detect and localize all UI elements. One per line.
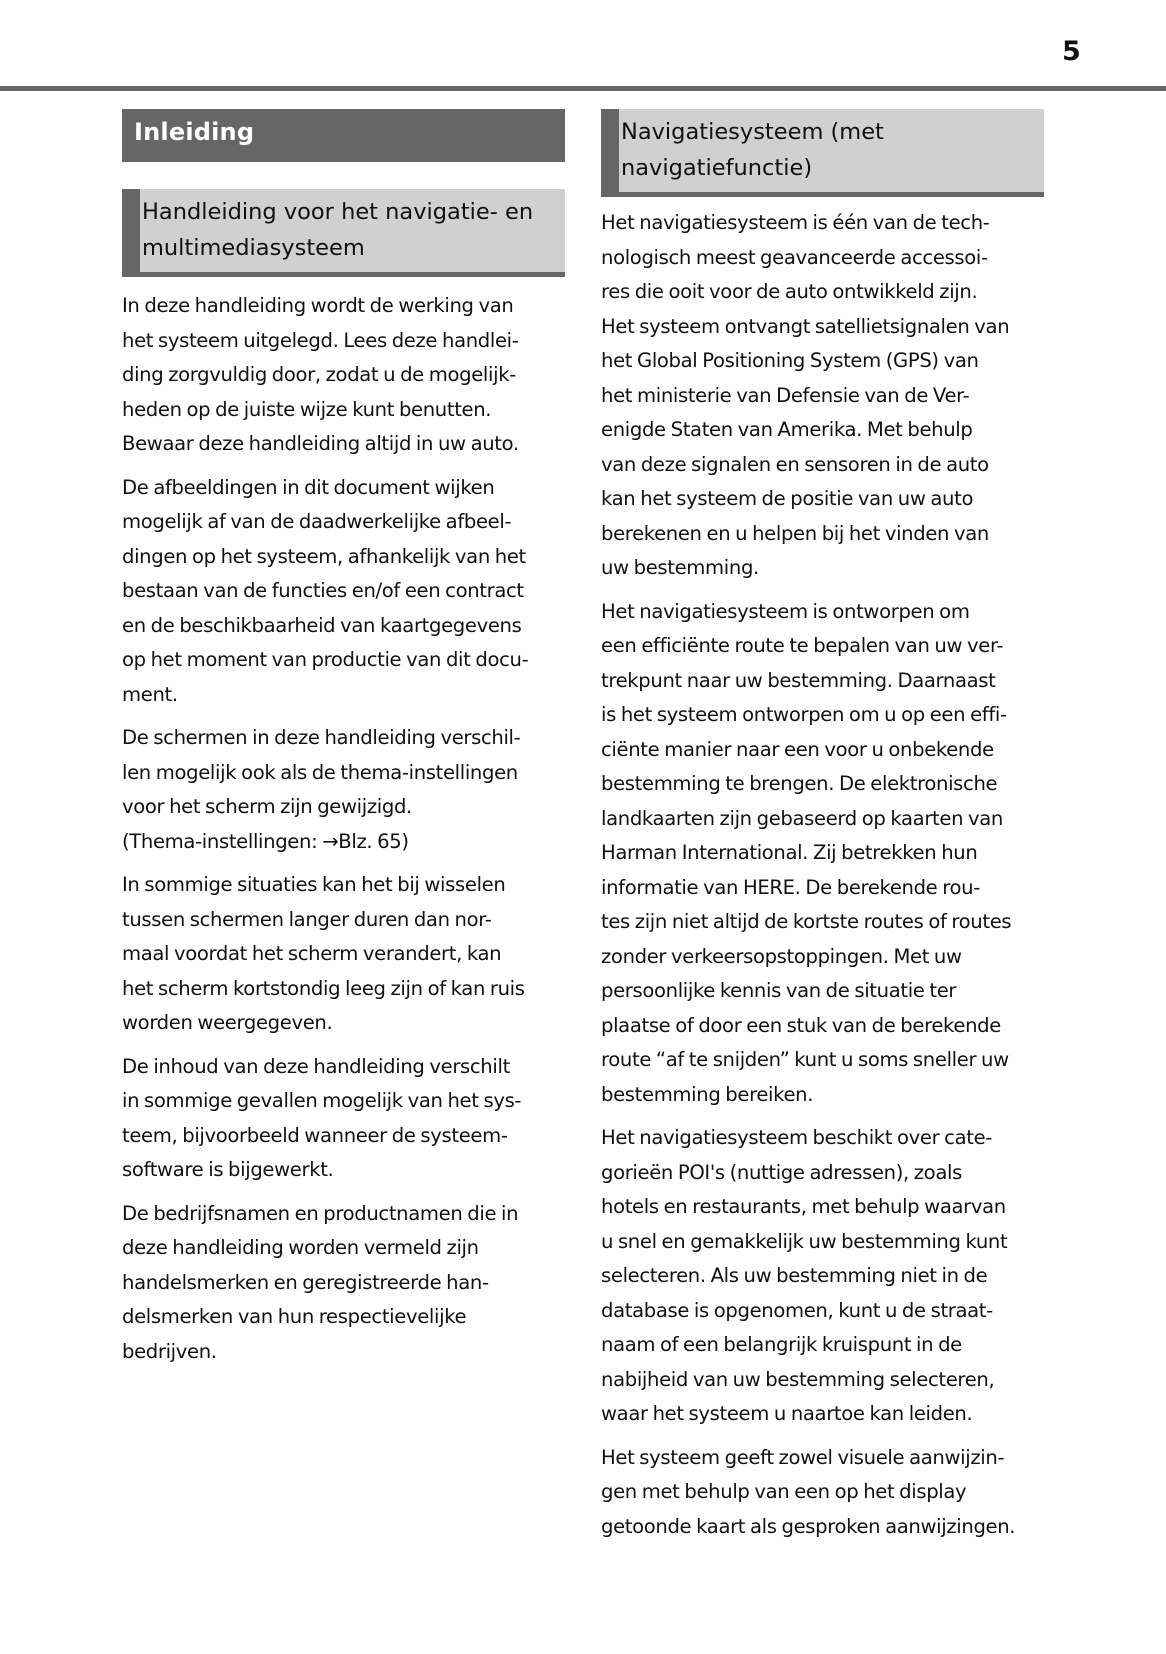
text-line: ment. bbox=[122, 678, 565, 713]
text-line: in sommige gevallen mogelijk van het sys… bbox=[122, 1084, 565, 1119]
text-line: database is opgenomen, kunt u de straat- bbox=[601, 1294, 1044, 1329]
text-line: nologisch meest geavanceerde accessoi- bbox=[601, 241, 1044, 276]
text-line: ding zorgvuldig door, zodat u de mogelij… bbox=[122, 358, 565, 393]
page-number: 5 bbox=[1062, 36, 1102, 67]
text-line: zonder verkeersopstoppingen. Met uw bbox=[601, 940, 1044, 975]
subheading-line: multimediasysteem bbox=[142, 230, 557, 266]
text-line: landkaarten zijn gebaseerd op kaarten va… bbox=[601, 802, 1044, 837]
text-line: De bedrijfsnamen en productnamen die in bbox=[122, 1197, 565, 1232]
text-line: op het moment van productie van dit docu… bbox=[122, 643, 565, 678]
text-line: het Global Positioning System (GPS) van bbox=[601, 344, 1044, 379]
text-line: uw bestemming. bbox=[601, 551, 1044, 586]
text-line: res die ooit voor de auto ontwikkeld zij… bbox=[601, 275, 1044, 310]
text-line: Het navigatiesysteem is één van de tech- bbox=[601, 206, 1044, 241]
text-line: handelsmerken en geregistreerde han- bbox=[122, 1266, 565, 1301]
text-line: Het systeem ontvangt satellietsignalen v… bbox=[601, 310, 1044, 345]
text-line: Bewaar deze handleiding altijd in uw aut… bbox=[122, 427, 565, 462]
text-line: nabijheid van uw bestemming selecteren, bbox=[601, 1363, 1044, 1398]
text-line: Het navigatiesysteem beschikt over cate- bbox=[601, 1121, 1044, 1156]
text-line: hotels en restaurants, met behulp waarva… bbox=[601, 1190, 1044, 1225]
paragraph-aanwijzingen: Het systeem geeft zowel visuele aanwijzi… bbox=[601, 1441, 1044, 1545]
text-line: is het systeem ontworpen om u op een eff… bbox=[601, 698, 1044, 733]
text-line: bestemming te brengen. De elektronische bbox=[601, 767, 1044, 802]
text-line: dingen op het systeem, afhankelijk van h… bbox=[122, 540, 565, 575]
text-line: De inhoud van deze handleiding verschilt bbox=[122, 1050, 565, 1085]
paragraph-afbeeldingen: De afbeeldingen in dit document wijken m… bbox=[122, 471, 565, 713]
text-line: gorieën POI's (nuttige adressen), zoals bbox=[601, 1156, 1044, 1191]
text-line: tussen schermen langer duren dan nor- bbox=[122, 903, 565, 938]
text-line: Harman International. Zij betrekken hun bbox=[601, 836, 1044, 871]
text-line: en de beschikbaarheid van kaartgegevens bbox=[122, 609, 565, 644]
paragraph-schermen: De schermen in deze handleiding verschil… bbox=[122, 721, 565, 859]
text-line: bestemming bereiken. bbox=[601, 1078, 1044, 1113]
header-rule bbox=[0, 86, 1166, 91]
subheading-navigatiesysteem: Navigatiesysteem (met navigatiefunctie) bbox=[601, 109, 1044, 197]
text-line: De schermen in deze handleiding verschil… bbox=[122, 721, 565, 756]
text-line: maal voordat het scherm verandert, kan bbox=[122, 937, 565, 972]
right-column: Navigatiesysteem (met navigatiefunctie) … bbox=[601, 109, 1044, 1553]
text-line: deze handleiding worden vermeld zijn bbox=[122, 1231, 565, 1266]
text-line: bestaan van de functies en/of een contra… bbox=[122, 574, 565, 609]
paragraph-situaties: In sommige situaties kan het bij wissele… bbox=[122, 868, 565, 1041]
text-line: waar het systeem u naartoe kan leiden. bbox=[601, 1397, 1044, 1432]
text-line: een efficiënte route te bepalen van uw v… bbox=[601, 629, 1044, 664]
text-line: het ministerie van Defensie van de Ver- bbox=[601, 379, 1044, 414]
text-line: bedrijven. bbox=[122, 1335, 565, 1370]
text-line: berekenen en u helpen bij het vinden van bbox=[601, 517, 1044, 552]
page-reference-link[interactable]: (Thema-instellingen: →Blz. 65) bbox=[122, 825, 565, 860]
subheading-line: navigatiefunctie) bbox=[621, 150, 1036, 186]
text-line: getoonde kaart als gesproken aanwijzinge… bbox=[601, 1510, 1044, 1545]
text-line: gen met behulp van een op het display bbox=[601, 1475, 1044, 1510]
text-line: enigde Staten van Amerika. Met behulp bbox=[601, 413, 1044, 448]
text-line: van deze signalen en sensoren in de auto bbox=[601, 448, 1044, 483]
text-line: In sommige situaties kan het bij wissele… bbox=[122, 868, 565, 903]
text-line: software is bijgewerkt. bbox=[122, 1153, 565, 1188]
text-line: naam of een belangrijk kruispunt in de bbox=[601, 1328, 1044, 1363]
text-line: voor het scherm zijn gewijzigd. bbox=[122, 790, 565, 825]
text-line: informatie van HERE. De berekende rou- bbox=[601, 871, 1044, 906]
text-line: Het navigatiesysteem is ontworpen om bbox=[601, 595, 1044, 630]
left-column: Inleiding Handleiding voor het navigatie… bbox=[122, 109, 565, 1378]
text-line: het scherm kortstondig leeg zijn of kan … bbox=[122, 972, 565, 1007]
text-line: route “af te snijden” kunt u soms snelle… bbox=[601, 1043, 1044, 1078]
paragraph-handelsmerken: De bedrijfsnamen en productnamen die in … bbox=[122, 1197, 565, 1370]
text-line: Het systeem geeft zowel visuele aanwijzi… bbox=[601, 1441, 1044, 1476]
text-line: persoonlijke kennis van de situatie ter bbox=[601, 974, 1044, 1009]
subheading-handleiding: Handleiding voor het navigatie- en multi… bbox=[122, 189, 565, 277]
text-line: worden weergegeven. bbox=[122, 1006, 565, 1041]
text-line: delsmerken van hun respectievelijke bbox=[122, 1300, 565, 1335]
text-line: selecteren. Als uw bestemming niet in de bbox=[601, 1259, 1044, 1294]
text-line: kan het systeem de positie van uw auto bbox=[601, 482, 1044, 517]
text-line: len mogelijk ook als de thema-instelling… bbox=[122, 756, 565, 791]
left-paragraphs: In deze handleiding wordt de werking van… bbox=[122, 289, 565, 1369]
paragraph-intro: In deze handleiding wordt de werking van… bbox=[122, 289, 565, 462]
text-line: heden op de juiste wijze kunt benutten. bbox=[122, 393, 565, 428]
text-line: De afbeeldingen in dit document wijken bbox=[122, 471, 565, 506]
paragraph-route: Het navigatiesysteem is ontworpen om een… bbox=[601, 595, 1044, 1113]
text-line: mogelijk af van de daadwerkelijke afbeel… bbox=[122, 505, 565, 540]
paragraph-poi: Het navigatiesysteem beschikt over cate-… bbox=[601, 1121, 1044, 1432]
paragraph-inhoud: De inhoud van deze handleiding verschilt… bbox=[122, 1050, 565, 1188]
subheading-line: Navigatiesysteem (met bbox=[621, 114, 1036, 150]
right-paragraphs: Het navigatiesysteem is één van de tech-… bbox=[601, 206, 1044, 1544]
paragraph-gps: Het navigatiesysteem is één van de tech-… bbox=[601, 206, 1044, 586]
text-line: u snel en gemakkelijk uw bestemming kunt bbox=[601, 1225, 1044, 1260]
text-line: trekpunt naar uw bestemming. Daarnaast bbox=[601, 664, 1044, 699]
text-line: In deze handleiding wordt de werking van bbox=[122, 289, 565, 324]
text-line: ciënte manier naar een voor u onbekende bbox=[601, 733, 1044, 768]
subheading-line: Handleiding voor het navigatie- en bbox=[142, 194, 557, 230]
section-title-inleiding: Inleiding bbox=[122, 109, 565, 162]
text-line: teem, bijvoorbeeld wanneer de systeem- bbox=[122, 1119, 565, 1154]
text-line: tes zijn niet altijd de kortste routes o… bbox=[601, 905, 1044, 940]
text-line: plaatse of door een stuk van de berekend… bbox=[601, 1009, 1044, 1044]
text-line: het systeem uitgelegd. Lees deze handlei… bbox=[122, 324, 565, 359]
